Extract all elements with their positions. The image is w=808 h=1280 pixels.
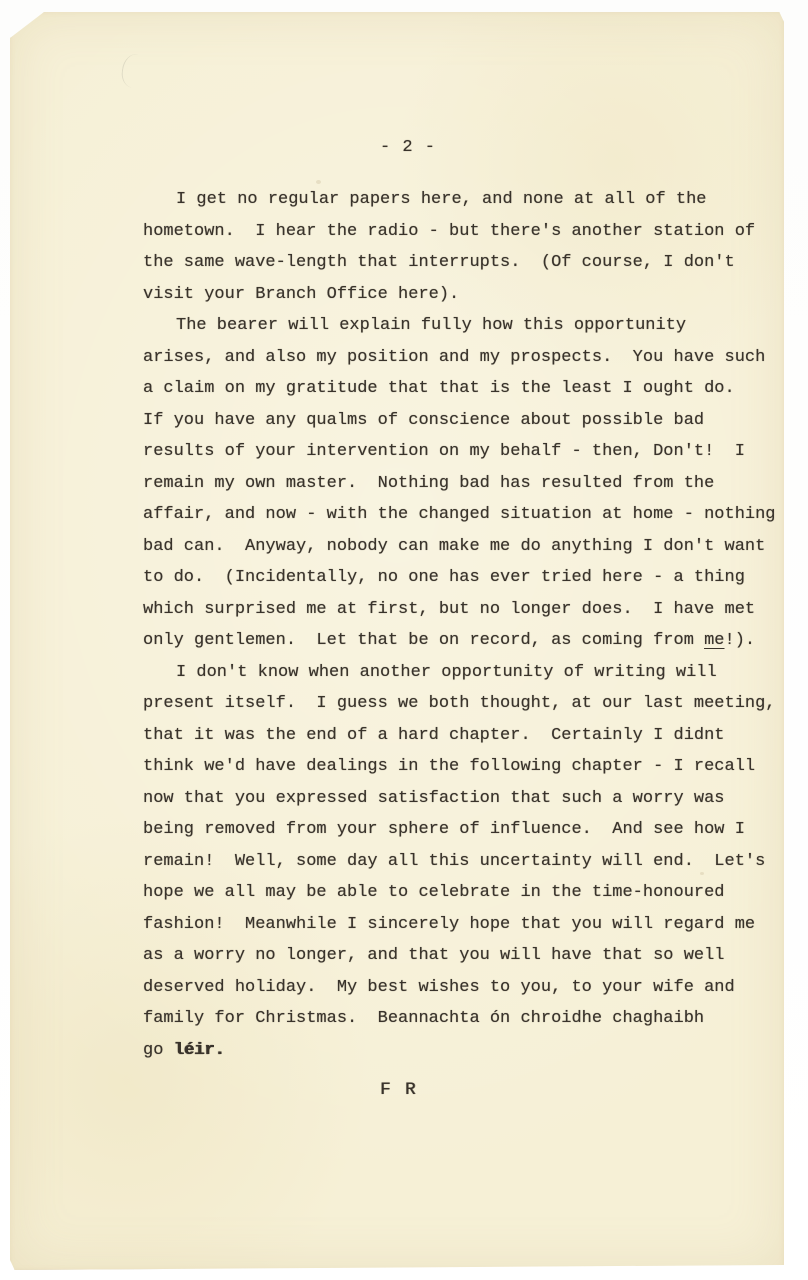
typed-line: The bearer will explain fully how this o… [143,310,783,342]
typed-line: hometown. I hear the radio - but there's… [143,216,783,248]
typed-line: arises, and also my position and my pros… [143,342,783,374]
typed-line: now that you expressed satisfaction that… [143,783,783,815]
typed-line: that it was the end of a hard chapter. C… [143,720,783,752]
typed-line: results of your intervention on my behal… [143,436,783,468]
paper-sheet: - 2 - I get no regular papers here, and … [10,12,784,1270]
typed-line: affair, and now - with the changed situa… [143,499,783,531]
typed-line: bad can. Anyway, nobody can make me do a… [143,531,783,563]
typed-line: visit your Branch Office here). [143,279,783,311]
typed-line: only gentlemen. Let that be on record, a… [143,625,783,657]
typed-line: remain my own master. Nothing bad has re… [143,468,783,500]
typed-line: present itself. I guess we both thought,… [143,688,783,720]
typed-line: hope we all may be able to celebrate in … [143,877,783,909]
typed-line: to do. (Incidentally, no one has ever tr… [143,562,783,594]
typed-line: as a worry no longer, and that you will … [143,940,783,972]
typed-line: a claim on my gratitude that that is the… [143,373,783,405]
typed-line: being removed from your sphere of influe… [143,814,783,846]
scanned-letter-page: - 2 - I get no regular papers here, and … [0,0,808,1280]
paragraph: I get no regular papers here, and none a… [143,184,783,310]
typed-line: the same wave-length that interrupts. (O… [143,247,783,279]
paper-crease-mark [120,52,151,89]
typed-line: If you have any qualms of conscience abo… [143,405,783,437]
typed-line: family for Christmas. Beannachta ón chro… [143,1003,783,1035]
typed-line: which surprised me at first, but no long… [143,594,783,626]
typed-line: go léir. [143,1035,783,1067]
typed-line: think we'd have dealings in the followin… [143,751,783,783]
typed-line: I get no regular papers here, and none a… [143,184,783,216]
typed-line: fashion! Meanwhile I sincerely hope that… [143,909,783,941]
typed-line: I don't know when another opportunity of… [143,657,783,689]
typed-line: remain! Well, some day all this uncertai… [143,846,783,878]
paragraph: I don't know when another opportunity of… [143,657,783,1067]
typed-line: deserved holiday. My best wishes to you,… [143,972,783,1004]
paragraph: The bearer will explain fully how this o… [143,310,783,657]
page-number: - 2 - [380,138,436,157]
signature-initials: F R [380,1080,418,1100]
letter-body: I get no regular papers here, and none a… [143,184,783,1066]
